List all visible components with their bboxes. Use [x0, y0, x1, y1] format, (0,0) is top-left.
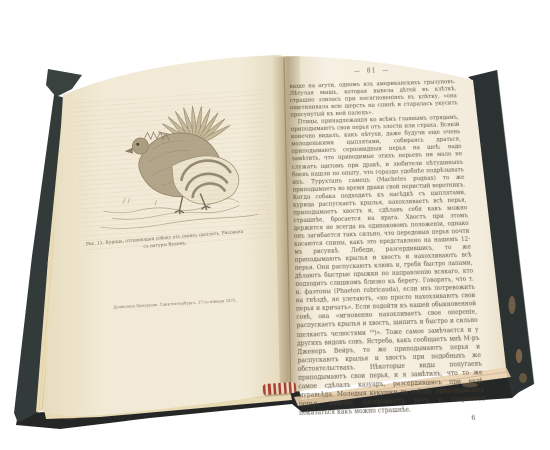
book-photograph: Рис. 12. Курица, отгоняющая собаку отъ с…	[0, 0, 550, 450]
body-paragraph-1: выше на агути, одномъ изъ американскихъ …	[289, 79, 458, 120]
spine-headband	[263, 382, 297, 395]
body-paragraph-2: Птицы, принадлежащія ко всѣмъ главнымъ о…	[290, 115, 486, 419]
right-page-text: — 81 — выше на агути, одномъ изъ америка…	[289, 65, 487, 428]
